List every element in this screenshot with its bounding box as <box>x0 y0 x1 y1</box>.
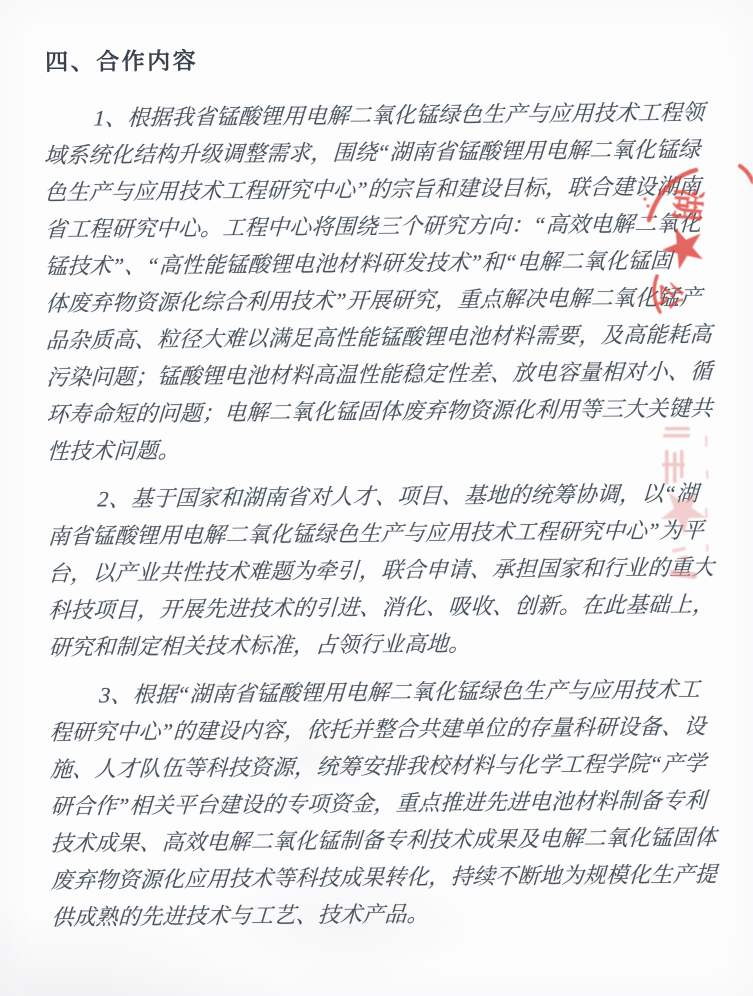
text-line: 3、根据“湖南省锰酸锂用电解二氧化锰绿色生产与应用技术工 <box>48 671 676 714</box>
text-line: 废弃物资源化应用技术等科技成果转化，持续不断地为规模化生产提 <box>50 856 678 899</box>
text-line: 色生产与应用技术工程研究中心”的宗旨和建设目标，联合建设湖南 <box>44 168 672 211</box>
text-line: 域系统化结构升级调整需求，围绕“湖南省锰酸锂用电解二氧化锰绿 <box>43 131 671 174</box>
text-line: 污染问题；锰酸锂电池材料高温性能稳定性差、放电容量相对小、循 <box>45 353 673 396</box>
text-line: 供成熟的先进技术与工艺、技术产品。 <box>51 893 679 936</box>
paragraph-2: 2、基于国家和湖南省对人才、项目、基地的统筹协调，以“湖南省锰酸锂用电解二氧化锰… <box>46 475 674 666</box>
text-line: 研究和制定相关技术标准，占领行业高地。 <box>48 623 676 666</box>
text-line: 锰技术”、“高性能锰酸锂电池材料研发技术”和“电解二氧化锰固 <box>44 242 672 285</box>
seal-ring-fragment <box>740 166 753 182</box>
scanned-document-page: 四、合作内容 1、根据我省锰酸锂用电解二氧化锰绿色生产与应用技术工程领域系统化结… <box>0 0 753 996</box>
text-line: 1、根据我省锰酸锂用电解二氧化锰绿色生产与应用技术工程领 <box>43 94 671 137</box>
section-title: 四、合作内容 <box>45 38 668 77</box>
text-line: 研合作”相关平台建设的专项资金，重点推进先进电池材料制备专利 <box>49 782 677 825</box>
text-line: 施、人才队伍等科技资源，统筹安排我校材料与化学工程学院“产学 <box>49 745 677 788</box>
text-line: 南省锰酸锂用电解二氧化锰绿色生产与应用技术工程研究中心”为平 <box>47 512 675 555</box>
text-line: 技术成果、高效电解二氧化锰制备专利技术成果及电解二氧化锰固体 <box>50 819 678 862</box>
paragraph-1: 1、根据我省锰酸锂用电解二氧化锰绿色生产与应用技术工程领域系统化结构升级调整需求… <box>43 94 673 470</box>
text-line: 台，以产业共性技术难题为牵引，联合申请、承担国家和行业的重大 <box>47 549 675 592</box>
text-line: 2、基于国家和湖南省对人才、项目、基地的统筹协调，以“湖 <box>47 475 675 518</box>
text-line: 程研究中心”的建设内容，依托并整合共建单位的存量科研设备、设 <box>49 708 677 751</box>
document-body: 四、合作内容 1、根据我省锰酸锂用电解二氧化锰绿色生产与应用技术工程领域系统化结… <box>42 38 677 947</box>
text-line: 省工程研究中心。工程中心将围绕三个研究方向：“高效电解二氧化 <box>44 205 672 248</box>
seal-edge-dashes <box>705 436 709 552</box>
text-line: 体废弃物资源化综合利用技术”开展研究，重点解决电解二氧化锰产 <box>45 279 673 322</box>
text-line: 品杂质高、粒径大难以满足高性能锰酸锂电池材料需要，及高能耗高 <box>45 316 673 359</box>
text-line: 性技术问题。 <box>46 427 674 470</box>
paragraph-3: 3、根据“湖南省锰酸锂用电解二氧化锰绿色生产与应用技术工程研究中心”的建设内容，… <box>48 671 676 936</box>
text-line: 科技项目，开展先进技术的引进、消化、吸收、创新。在此基础上， <box>48 586 676 629</box>
text-line: 环寿命短的问题；电解二氧化锰固体废弃物资源化利用等三大关键共 <box>46 390 674 433</box>
